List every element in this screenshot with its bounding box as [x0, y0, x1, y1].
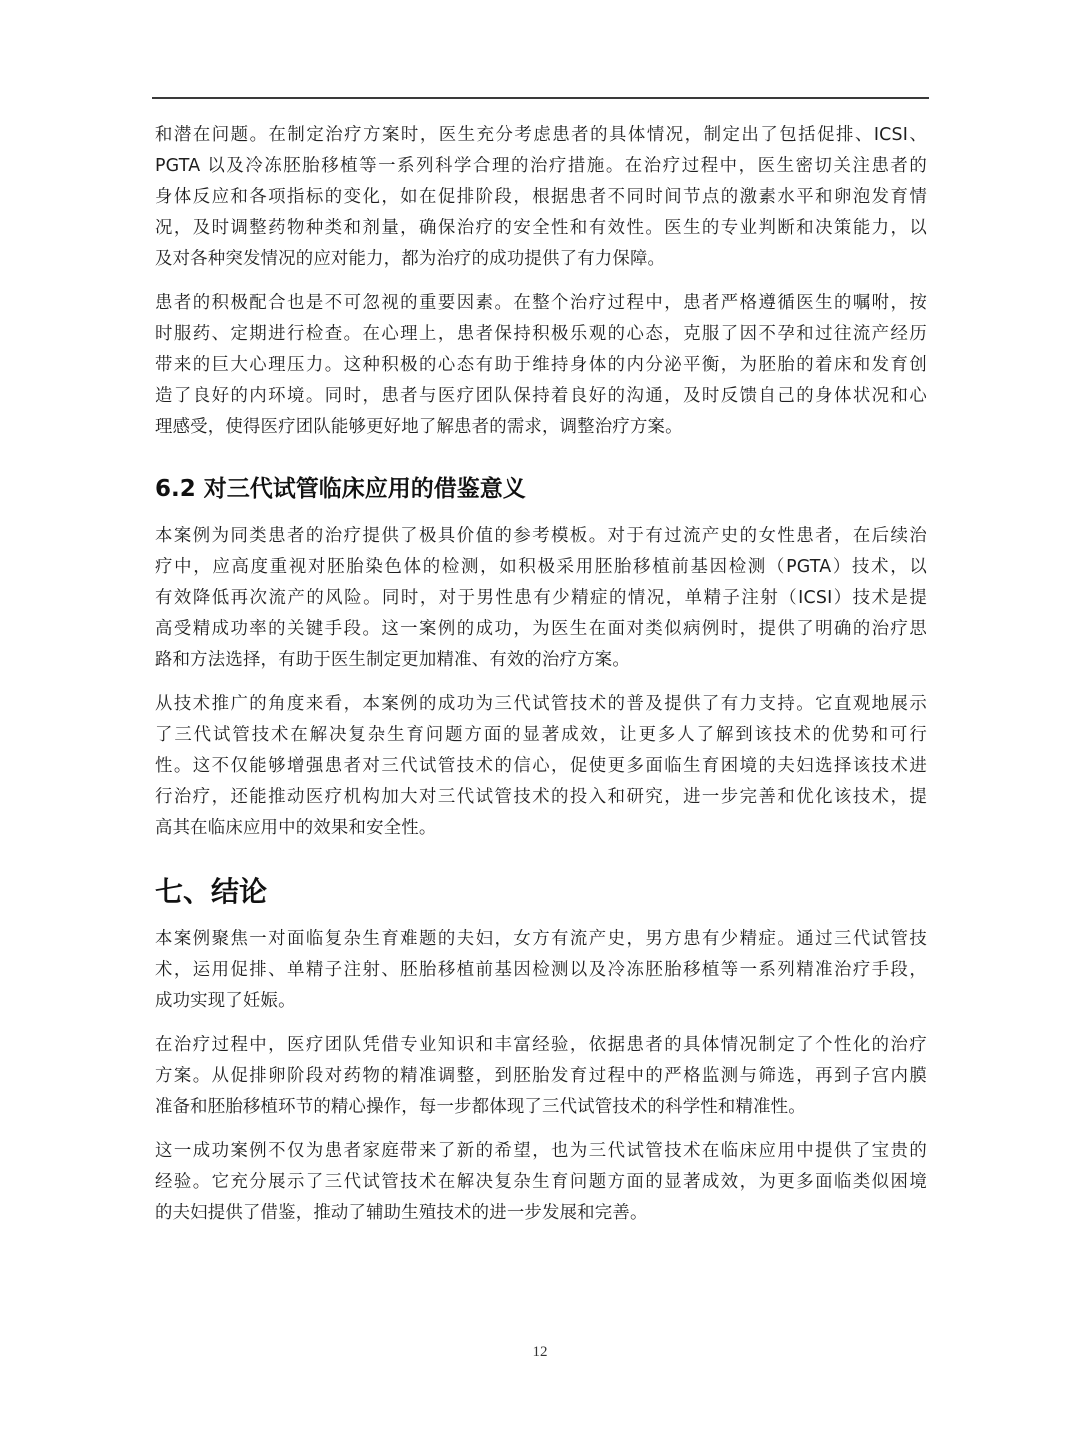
- text-line: 术，运用促排、单精子注射、胚胎移植前基因检测以及冷冻胚胎移植等一系列精准治疗手段…: [155, 955, 927, 986]
- paragraph-case-summary: 本案例聚焦一对面临复杂生育难题的夫妇，女方有流产史，男方患有少精症。通过三代试管…: [155, 924, 927, 1017]
- text-line: 从技术推广的角度来看，本案例的成功为三代试管技术的普及提供了有力支持。它直观地展…: [155, 689, 927, 720]
- text-line: 本案例为同类患者的治疗提供了极具价值的参考模板。对于有过流产史的女性患者，在后续…: [155, 521, 927, 552]
- paragraph-reference-template: 本案例为同类患者的治疗提供了极具价值的参考模板。对于有过流产史的女性患者，在后续…: [155, 521, 927, 676]
- text-line: 的夫妇提供了借鉴，推动了辅助生殖技术的进一步发展和完善。: [155, 1198, 927, 1229]
- page-number: 12: [0, 1344, 1080, 1361]
- text-line: 了三代试管技术在解决复杂生育问题方面的显著成效，让更多人了解到该技术的优势和可行: [155, 720, 927, 751]
- text-line: 本案例聚焦一对面临复杂生育难题的夫妇，女方有流产史，男方患有少精症。通过三代试管…: [155, 924, 927, 955]
- text-line: 造了良好的内环境。同时，患者与医疗团队保持着良好的沟通，及时反馈自己的身体状况和…: [155, 381, 927, 412]
- paragraph-treatment-process: 在治疗过程中，医疗团队凭借专业知识和丰富经验，依据患者的具体情况制定了个性化的治…: [155, 1030, 927, 1123]
- text-line: 况，及时调整药物种类和剂量，确保治疗的安全性和有效性。医生的专业判断和决策能力，…: [155, 213, 927, 244]
- section-heading-6-2: 6.2 对三代试管临床应用的借鉴意义: [155, 469, 927, 509]
- text-line: 行治疗，还能推动医疗机构加大对三代试管技术的投入和研究，进一步完善和优化该技术，…: [155, 782, 927, 813]
- text-line: 成功实现了妊娠。: [155, 986, 927, 1017]
- text-line: 和潜在问题。在制定治疗方案时，医生充分考虑患者的具体情况，制定出了包括促排、IC…: [155, 120, 927, 151]
- text-line: 身体反应和各项指标的变化，如在促排阶段，根据患者不同时间节点的激素水平和卵泡发育…: [155, 182, 927, 213]
- text-line: 理感受，使得医疗团队能够更好地了解患者的需求，调整治疗方案。: [155, 412, 927, 443]
- text-line: 带来的巨大心理压力。这种积极的心态有助于维持身体的内分泌平衡，为胚胎的着床和发育…: [155, 350, 927, 381]
- text-line: 路和方法选择，有助于医生制定更加精准、有效的治疗方案。: [155, 645, 927, 676]
- text-line: 在治疗过程中，医疗团队凭借专业知识和丰富经验，依据患者的具体情况制定了个性化的治…: [155, 1030, 927, 1061]
- section-heading-conclusion: 七、结论: [155, 870, 927, 914]
- header-rule: [152, 97, 929, 99]
- text-line: 高其在临床应用中的效果和安全性。: [155, 813, 927, 844]
- paragraph-treatment-plan: 和潜在问题。在制定治疗方案时，医生充分考虑患者的具体情况，制定出了包括促排、IC…: [155, 120, 927, 275]
- text-line: 方案。从促排卵阶段对药物的精准调整，到胚胎发育过程中的严格监测与筛选，再到子宫内…: [155, 1061, 927, 1092]
- text-line: 经验。它充分展示了三代试管技术在解决复杂生育问题方面的显著成效，为更多面临类似困…: [155, 1167, 927, 1198]
- paragraph-significance: 这一成功案例不仅为患者家庭带来了新的希望，也为三代试管技术在临床应用中提供了宝贵…: [155, 1136, 927, 1229]
- paragraph-patient-cooperation: 患者的积极配合也是不可忽视的重要因素。在整个治疗过程中，患者严格遵循医生的嘱咐，…: [155, 288, 927, 443]
- text-line: 高受精成功率的关键手段。这一案例的成功，为医生在面对类似病例时，提供了明确的治疗…: [155, 614, 927, 645]
- paragraph-technology-promotion: 从技术推广的角度来看，本案例的成功为三代试管技术的普及提供了有力支持。它直观地展…: [155, 689, 927, 844]
- text-line: 这一成功案例不仅为患者家庭带来了新的希望，也为三代试管技术在临床应用中提供了宝贵…: [155, 1136, 927, 1167]
- text-line: 患者的积极配合也是不可忽视的重要因素。在整个治疗过程中，患者严格遵循医生的嘱咐，…: [155, 288, 927, 319]
- text-line: 及对各种突发情况的应对能力，都为治疗的成功提供了有力保障。: [155, 244, 927, 275]
- text-line: 性。这不仅能够增强患者对三代试管技术的信心，促使更多面临生育困境的夫妇选择该技术…: [155, 751, 927, 782]
- text-line: 时服药、定期进行检查。在心理上，患者保持积极乐观的心态，克服了因不孕和过往流产经…: [155, 319, 927, 350]
- text-line: 有效降低再次流产的风险。同时，对于男性患有少精症的情况，单精子注射（ICSI）技…: [155, 583, 927, 614]
- text-line: PGTA 以及冷冻胚胎移植等一系列科学合理的治疗措施。在治疗过程中，医生密切关注…: [155, 151, 927, 182]
- page-content: 和潜在问题。在制定治疗方案时，医生充分考虑患者的具体情况，制定出了包括促排、IC…: [155, 120, 927, 1229]
- text-line: 准备和胚胎移植环节的精心操作，每一步都体现了三代试管技术的科学性和精准性。: [155, 1092, 927, 1123]
- text-line: 疗中，应高度重视对胚胎染色体的检测，如积极采用胚胎移植前基因检测（PGTA）技术…: [155, 552, 927, 583]
